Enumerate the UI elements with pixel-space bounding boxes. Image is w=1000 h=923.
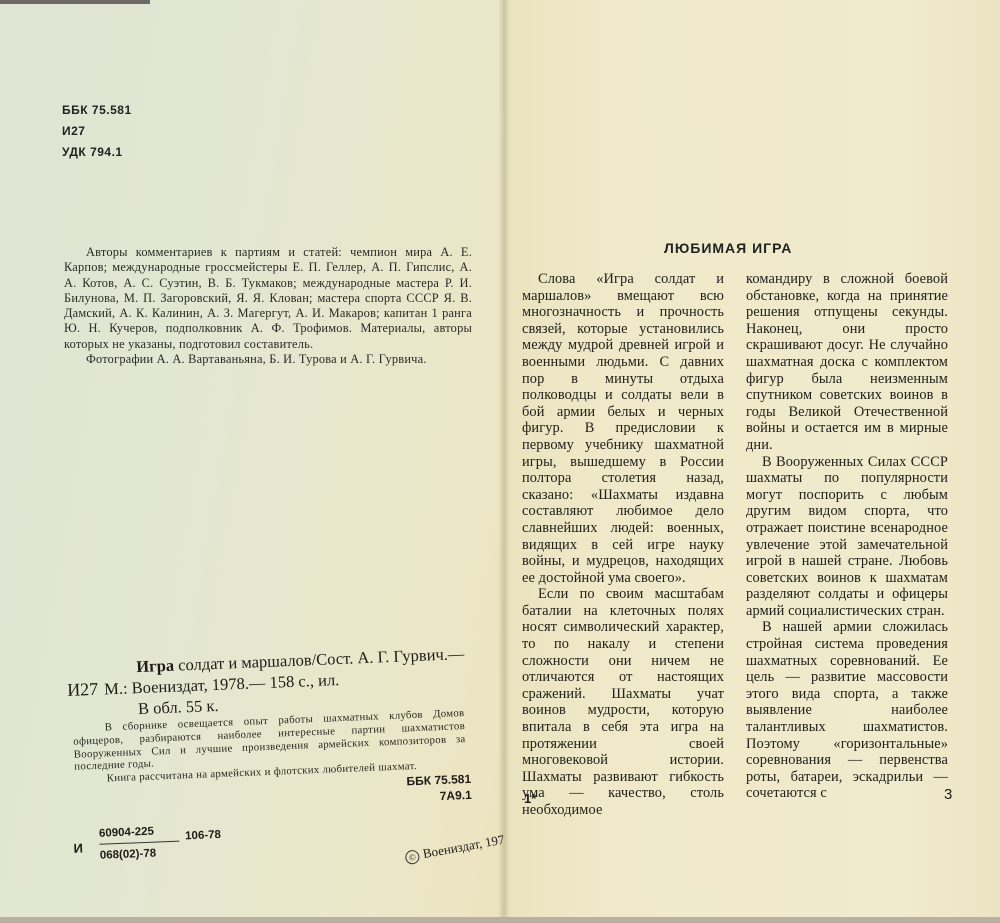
isbn-numerator: 60904-225 — [99, 825, 180, 845]
isbn-prefix: И — [73, 840, 83, 855]
copyright-icon: © — [404, 849, 420, 865]
paragraph: Если по своим масштабам баталии на клето… — [522, 586, 724, 818]
paragraph: В нашей армии сложилась стройная система… — [746, 619, 948, 802]
text-column-2: командиру в сложной боевой обстановке, к… — [746, 271, 948, 802]
isbn-denominator: 068(02)-78 — [100, 848, 157, 862]
book-title-first-word: Игра — [136, 656, 174, 677]
paragraph: командиру в сложной боевой обстановке, к… — [746, 271, 948, 454]
bibliographic-record: Игра солдат и маршалов/Сост. А. Г. Гурви… — [66, 642, 504, 872]
copyright-notice: ©Воениздат, 1978 — [404, 830, 504, 865]
authors-credits: Авторы комментариев к партиям и статей: … — [64, 245, 472, 367]
isbn-block: И 60904-225 068(02)-78 106-78 ©Воениздат… — [73, 811, 504, 873]
isbn-code: 106-78 — [185, 829, 221, 842]
photos-credit: Фотографии А. А. Вартаваньяна, Б. И. Тур… — [64, 352, 472, 367]
chapter-title: ЛЮБИМАЯ ИГРА — [664, 240, 792, 256]
paragraph: Слова «Игра солдат и маршалов» вмещают в… — [522, 271, 724, 586]
page-number: 3 — [944, 786, 952, 803]
bbk-code: ББК 75.581 — [62, 100, 132, 121]
index-code: И27 — [62, 121, 132, 142]
page-top-edge — [0, 0, 150, 4]
paragraph: В Вооруженных Силах СССР шахматы по попу… — [746, 454, 948, 620]
authors-paragraph: Авторы комментариев к партиям и статей: … — [64, 245, 472, 352]
signature-mark: 1* — [524, 791, 536, 806]
page-bottom-edge — [0, 917, 1000, 923]
book-spine — [498, 0, 510, 923]
text-column-1: Слова «Игра солдат и маршалов» вмещают в… — [522, 271, 724, 819]
classification-codes: ББК 75.581 И27 УДК 794.1 — [62, 100, 132, 163]
copyright-text: Воениздат, 1978 — [422, 830, 504, 861]
left-page: ББК 75.581 И27 УДК 794.1 Авторы коммента… — [0, 0, 504, 923]
catalog-index: И27 — [67, 679, 99, 700]
udk-code: УДК 794.1 — [62, 142, 132, 163]
